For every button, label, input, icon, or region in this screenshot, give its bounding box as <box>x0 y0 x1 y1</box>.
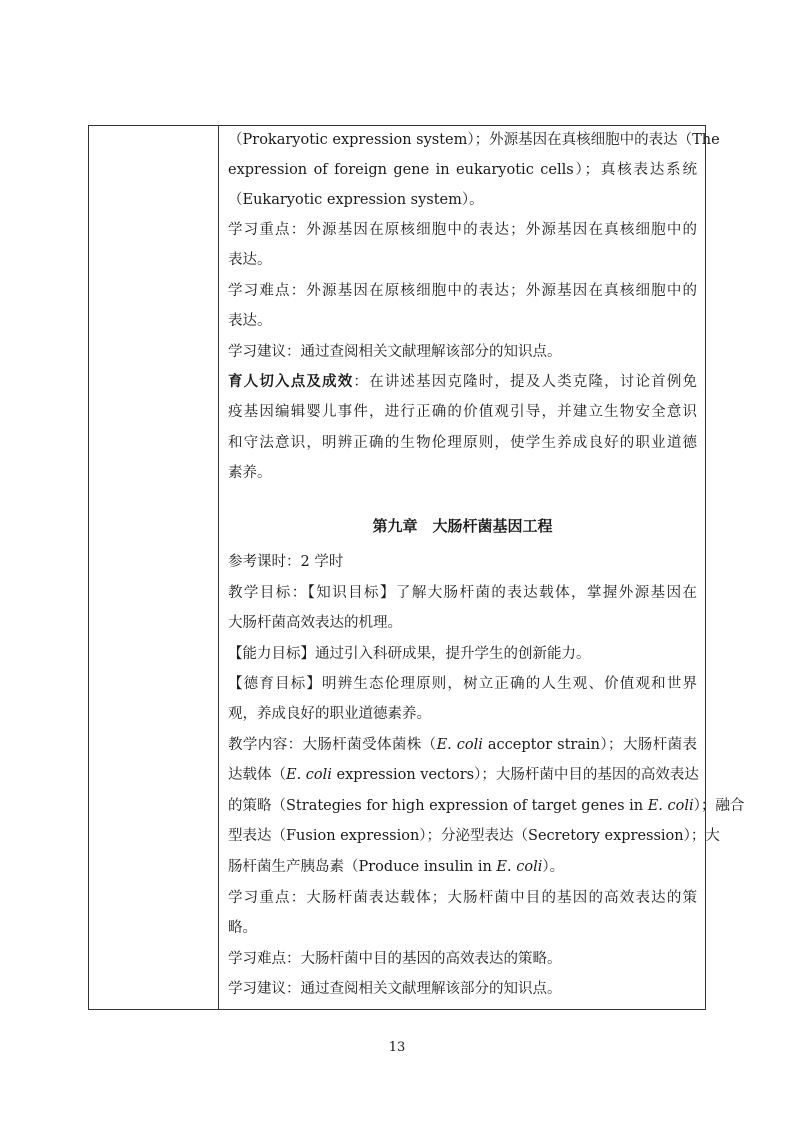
moral-label: 育人切入点及成效 <box>228 373 353 390</box>
chapter-title: 第九章 大肠杆菌基因工程 <box>228 516 697 536</box>
species-name: E. coli <box>437 737 483 753</box>
table-right-cell: （Prokaryotic expression system）；外源基因在真核细… <box>228 126 697 1009</box>
difficulties-label: 学习难点： <box>228 283 306 299</box>
moral-line: 育人切入点及成效：在讲述基因克隆时，提及人类克隆，讨论首例免 <box>228 372 697 392</box>
page-number: 13 <box>0 1040 794 1055</box>
content-line: 肠杆菌生产胰岛素（Produce insulin in E. coli）。 <box>228 857 697 877</box>
syllabus-table: （Prokaryotic expression system）；外源基因在真核细… <box>88 125 706 1010</box>
content-line: 型表达（Fusion expression）；分泌型表达（Secretory e… <box>228 826 697 846</box>
moral-goal-line: 【德育目标】明辨生态伦理原则，树立正确的人生观、价值观和世界 <box>228 674 697 694</box>
text-line: 大肠杆菌高效表达的机理。 <box>228 613 697 633</box>
key-points-label: 学习重点： <box>228 222 306 238</box>
text-line: （Eukaryotic expression system）。 <box>228 190 697 210</box>
species-name: E. coli <box>496 859 542 875</box>
text-line: expression of foreign gene in eukaryotic… <box>228 160 697 180</box>
suggestion-line: 学习建议：通过查阅相关文献理解该部分的知识点。 <box>228 342 697 362</box>
table-left-cell <box>89 126 219 1009</box>
content-line: 的策略（Strategies for high expression of ta… <box>228 796 697 816</box>
text-line: （Prokaryotic expression system）；外源基因在真核细… <box>228 130 697 150</box>
text-line: 疫基因编辑婴儿事件，进行正确的价值观引导，并建立生物安全意识 <box>228 402 697 422</box>
content-line: 达载体（E. coli expression vectors）；大肠杆菌中目的基… <box>228 765 697 785</box>
difficulties-line: 学习难点：外源基因在原核细胞中的表达；外源基因在真核细胞中的 <box>228 281 697 301</box>
ability-goal-line: 【能力目标】通过引入科研成果，提升学生的创新能力。 <box>228 644 697 664</box>
text-line: 素养。 <box>228 463 697 483</box>
goal-line: 教学目标：【知识目标】了解大肠杆菌的表达载体，掌握外源基因在 <box>228 583 697 603</box>
text-line: 表达。 <box>228 250 697 270</box>
text-line: 和守法意识，明辨正确的生物伦理原则，使学生养成良好的职业道德 <box>228 433 697 453</box>
content-line: 教学内容：大肠杆菌受体菌株（E. coli acceptor strain）；大… <box>228 735 697 755</box>
species-name: E. coli <box>648 798 694 814</box>
suggestion-line: 学习建议：通过查阅相关文献理解该部分的知识点。 <box>228 979 697 999</box>
text-line: 观，养成良好的职业道德素养。 <box>228 704 697 724</box>
difficulties-line: 学习难点：大肠杆菌中目的基因的高效表达的策略。 <box>228 949 697 969</box>
text-line: 表达。 <box>228 311 697 331</box>
key-points-line: 学习重点：外源基因在原核细胞中的表达；外源基因在真核细胞中的 <box>228 220 697 240</box>
key-points-line: 学习重点：大肠杆菌表达载体；大肠杆菌中目的基因的高效表达的策 <box>228 888 697 908</box>
species-name: E. coli <box>286 767 332 783</box>
text-line: 略。 <box>228 918 697 938</box>
hours-line: 参考课时：2 学时 <box>228 552 697 572</box>
